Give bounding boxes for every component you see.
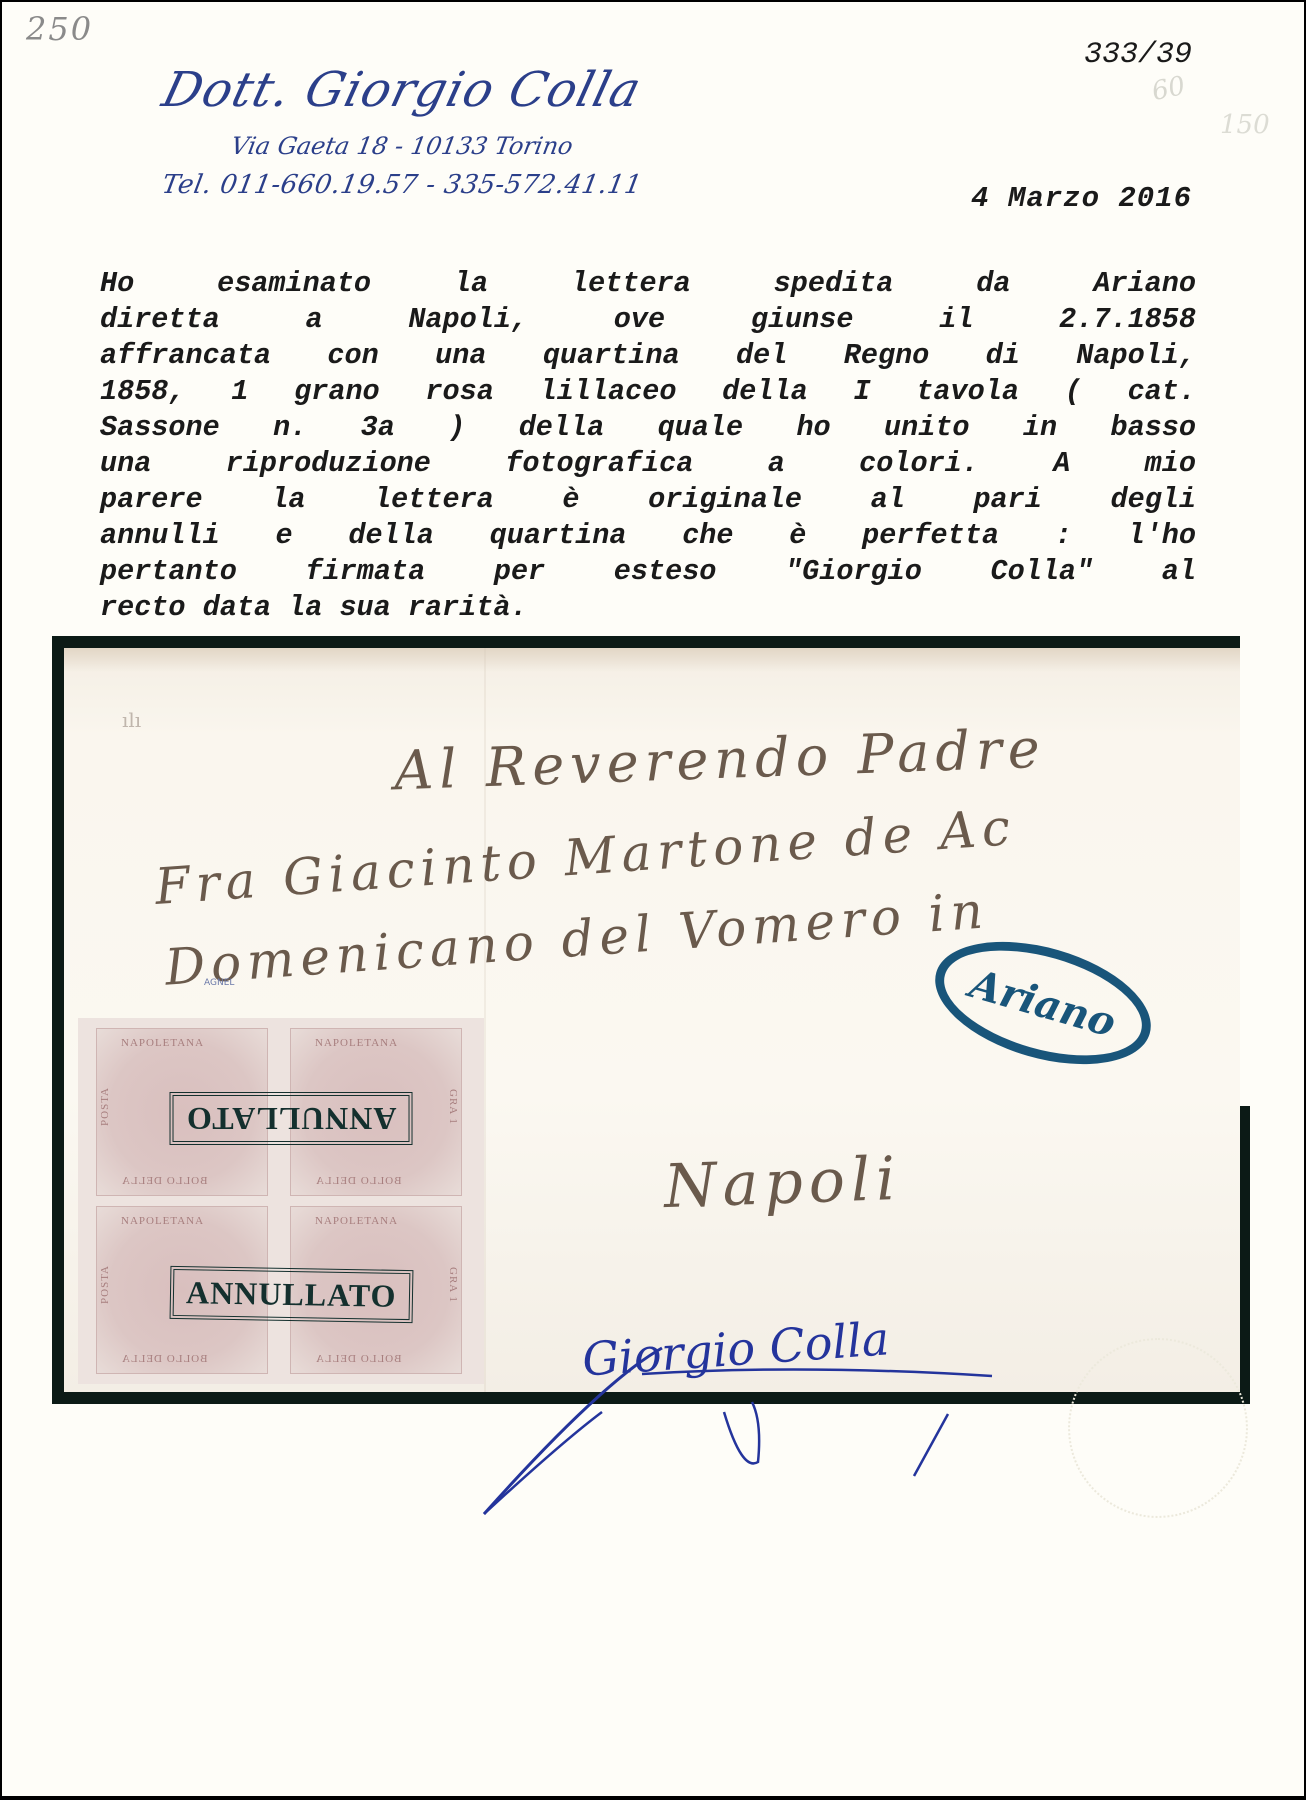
statement-line: 1858, 1 grano rosa lillaceo della I tavo… — [100, 374, 1196, 410]
pencil-note-b: 150 — [1220, 110, 1270, 140]
annullato-cancel: ANNULLATO — [170, 1266, 413, 1323]
postal-cover: ılı Al Reverendo Padre Fra Giacinto Mart… — [64, 648, 1240, 1392]
docket-mark: ılı — [122, 708, 166, 760]
embossed-seal — [1068, 1338, 1248, 1518]
frame-notch — [1240, 636, 1250, 1106]
certificate-statement: Ho esaminato la lettera spedita da Arian… — [100, 266, 1196, 626]
statement-line: pertanto firmata per esteso "Giorgio Col… — [100, 554, 1196, 590]
statement-line: Sassone n. 3a ) della quale ho unito in … — [100, 410, 1196, 446]
expert-name: Dott. Giorgio Colla — [135, 62, 669, 118]
statement-line: una riproduzione fotografica a colori. A… — [100, 446, 1196, 482]
stamp-block-of-four: NAPOLETANA POSTA BOLLO DELLA NAPOLETANA … — [78, 1018, 484, 1384]
statement-line: recto data la sua rarità. — [100, 590, 1196, 626]
statement-line: diretta a Napoli, ove giunse il 2.7.1858 — [100, 302, 1196, 338]
statement-line: parere la lettera è originale al pari de… — [100, 482, 1196, 518]
annullato-cancel: ANNULLATO — [170, 1092, 413, 1145]
statement-line: Ho esaminato la lettera spedita da Arian… — [100, 266, 1196, 302]
cover-photograph: ılı Al Reverendo Padre Fra Giacinto Mart… — [52, 636, 1250, 1404]
statement-line: annulli e della quartina che è perfetta … — [100, 518, 1196, 554]
address-destination: Napoli — [663, 1144, 902, 1222]
expert-address: Via Gaeta 18 - 10133 Torino — [140, 132, 665, 160]
pencil-note-a: 60 — [1149, 71, 1188, 107]
certificate-page: 250 60 150 Dott. Giorgio Colla Via Gaeta… — [2, 2, 1304, 1796]
small-mark: AGNEL — [204, 978, 234, 988]
certificate-number: 333/39 — [1084, 38, 1192, 72]
pencil-note-lot: 250 — [26, 10, 93, 48]
statement-line: affrancata con una quartina del Regno di… — [100, 338, 1196, 374]
town-postmark: Ariano — [921, 920, 1165, 1087]
expert-phone: Tel. 011-660.19.57 - 335-572.41.11 — [139, 170, 664, 200]
certificate-date: 4 Marzo 2016 — [971, 182, 1192, 215]
letterhead: Dott. Giorgio Colla Via Gaeta 18 - 10133… — [142, 62, 662, 200]
address-line: Al Reverendo Padre — [393, 717, 1047, 803]
